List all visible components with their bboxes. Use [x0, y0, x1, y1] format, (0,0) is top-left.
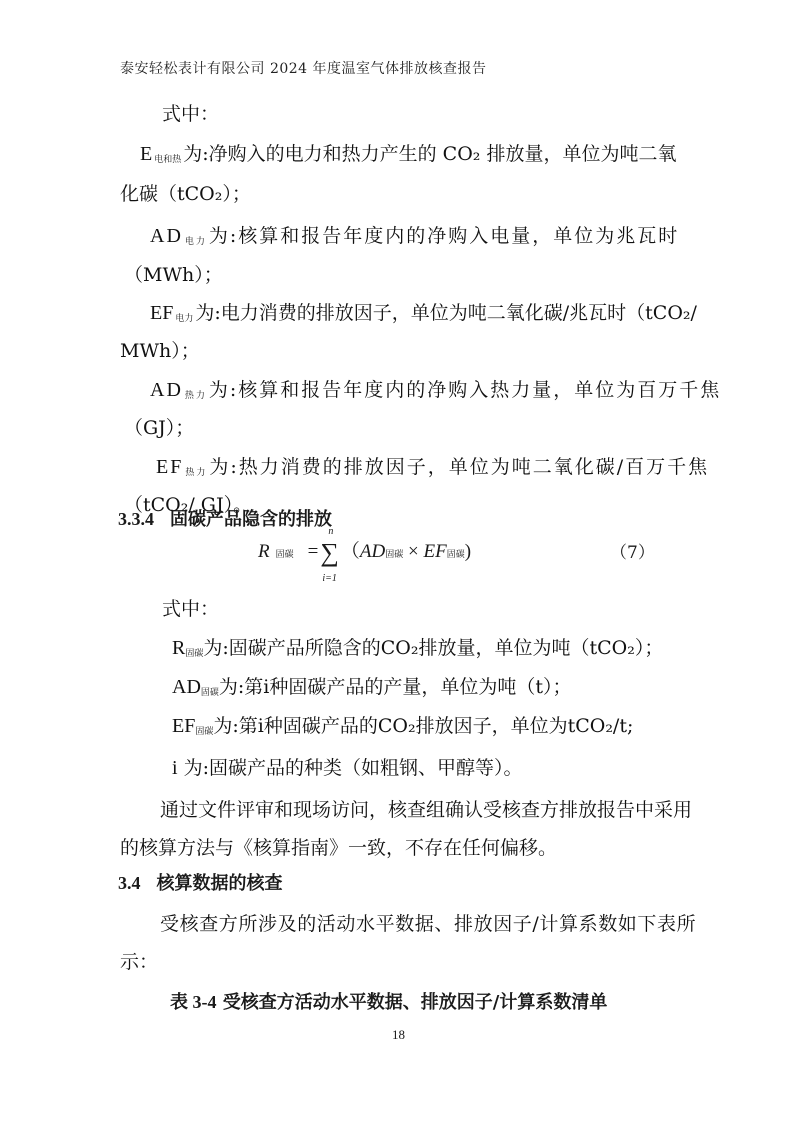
symbol: AD [172, 676, 201, 698]
subscript: 电力 [175, 314, 193, 324]
table-caption: 表 3-4 受核查方活动水平数据、排放因子/计算系数清单 [170, 988, 607, 1014]
sum-upper-limit: n [328, 526, 333, 537]
def-ad-heat-continuation: （GJ）； [124, 413, 194, 440]
sum-symbol: ∑ni=1 [320, 538, 339, 568]
conclusion-paragraph-line-2: 的核算方法与《核算指南》一致，不存在任何偏移。 [120, 833, 557, 860]
subscript: 电和热 [154, 155, 181, 165]
section-heading-3-4: 3.4核算数据的核查 [118, 869, 283, 895]
def-e-electricity-heat: E电和热为:净购入的电力和热力产生的 CO₂ 排放量，单位为吨二氧 [140, 139, 676, 166]
formula-lhs: R [258, 541, 270, 562]
formula-close-paren: ) [465, 541, 471, 562]
def-i-product-type: i为:固碳产品的种类（如粗钢、甲醇等）。 [172, 753, 522, 780]
document-page: 泰安轻松表计有限公司 2024 年度温室气体排放核查报告 式中： E电和热为:净… [0, 0, 800, 1132]
formula-ef-sub: 固碳 [447, 550, 465, 560]
formula-open-paren: （ [341, 541, 360, 562]
data-paragraph-line-2: 示： [120, 947, 158, 974]
symbol: EF [172, 715, 195, 737]
def-ef-carbon-fixed: EF固碳为:第i种固碳产品的CO₂排放因子，单位为tCO₂/t; [172, 711, 633, 738]
sum-lower-limit: i=1 [322, 573, 337, 584]
symbol: E [140, 143, 152, 165]
formula-equals: = [308, 541, 319, 562]
section-number: 3.4 [118, 873, 141, 893]
subscript: 热力 [185, 468, 207, 478]
running-header: 泰安轻松表计有限公司 2024 年度温室气体排放核查报告 [120, 58, 487, 78]
formula-times: × [408, 541, 419, 562]
symbol: AD [150, 379, 183, 401]
formula-ad-sub: 固碳 [385, 550, 403, 560]
conclusion-paragraph-line-1: 通过文件评审和现场访问，核查组确认受核查方排放报告中采用 [160, 795, 692, 822]
where-label: 式中： [162, 99, 219, 126]
data-paragraph-line-1: 受核查方所涉及的活动水平数据、排放因子/计算系数如下表所 [160, 909, 696, 936]
def-ad-heat: AD热力为:核算和报告年度内的净购入热力量，单位为百万千焦 [150, 375, 721, 402]
subscript: 固碳 [195, 727, 213, 737]
symbol: EF [150, 302, 173, 324]
definition-text: 为:热力消费的排放因子，单位为吨二氧化碳/百万千焦 [209, 456, 709, 478]
definition-text: 为:第i种固碳产品的产量，单位为吨（t）； [219, 676, 572, 698]
definition-text: 为:净购入的电力和热力产生的 CO₂ 排放量，单位为吨二氧 [183, 143, 676, 165]
table-number: 表 3-4 [170, 992, 217, 1012]
definition-text: 为:第i种固碳产品的CO₂排放因子，单位为tCO₂/t; [213, 715, 633, 737]
def-ef-heat: EF热力为:热力消费的排放因子，单位为吨二氧化碳/百万千焦 [156, 452, 709, 479]
equation-number: （7） [610, 538, 655, 563]
definition-text: 为:核算和报告年度内的净购入电量，单位为兆瓦时 [209, 225, 679, 247]
definition-text: 为:电力消费的排放因子，单位为吨二氧化碳/兆瓦时（tCO₂/ [195, 302, 697, 324]
formula-ef: EF [423, 541, 446, 562]
definition-text: 为:核算和报告年度内的净购入热力量，单位为百万千焦 [209, 379, 721, 401]
subscript: 固碳 [185, 649, 203, 659]
symbol: i [172, 757, 178, 779]
where-label-2: 式中： [162, 594, 219, 621]
symbol: AD [150, 225, 183, 247]
symbol: EF [156, 456, 183, 478]
section-title: 核算数据的核查 [157, 873, 283, 894]
section-title: 固碳产品隐含的排放 [170, 509, 332, 530]
subscript: 电力 [185, 237, 207, 247]
def-ef-electricity-continuation: MWh）； [120, 336, 200, 363]
section-heading-3-3-4: 3.3.4固碳产品隐含的排放 [118, 505, 332, 531]
def-e-continuation: 化碳（tCO₂）； [120, 179, 251, 206]
definition-text: 为:固碳产品的种类（如粗钢、甲醇等）。 [184, 757, 523, 779]
def-ad-electricity-continuation: （MWh）； [124, 260, 223, 287]
def-r-carbon-fixed: R固碳为:固碳产品所隐含的CO₂排放量，单位为吨（tCO₂）； [172, 633, 663, 660]
symbol: R [172, 637, 185, 659]
page-number: 18 [392, 1027, 405, 1043]
definition-text: 为:固碳产品所隐含的CO₂排放量，单位为吨（tCO₂）； [203, 637, 663, 659]
table-title: 受核查方活动水平数据、排放因子/计算系数清单 [223, 992, 608, 1013]
equation-7: R固碳=∑ni=1（AD固碳 × EF固碳) [258, 536, 471, 568]
def-ad-electricity: AD电力为:核算和报告年度内的净购入电量，单位为兆瓦时 [150, 221, 679, 248]
formula-ad: AD [360, 541, 385, 562]
subscript: 热力 [185, 391, 207, 401]
def-ad-carbon-fixed: AD固碳为:第i种固碳产品的产量，单位为吨（t）； [172, 672, 572, 699]
subscript: 固碳 [201, 688, 219, 698]
formula-lhs-sub: 固碳 [276, 550, 294, 560]
def-ef-electricity: EF电力为:电力消费的排放因子，单位为吨二氧化碳/兆瓦时（tCO₂/ [150, 298, 697, 325]
section-number: 3.3.4 [118, 509, 154, 529]
